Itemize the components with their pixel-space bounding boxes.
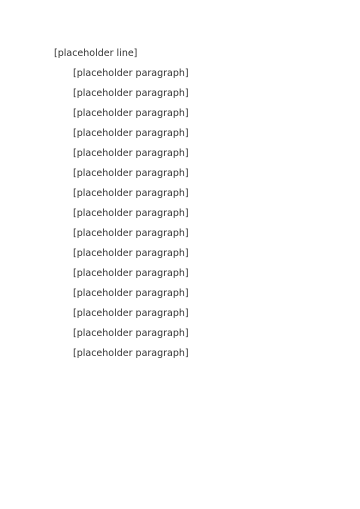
- paragraph: [placeholder paragraph]: [54, 264, 306, 284]
- paragraph: [placeholder paragraph]: [54, 284, 306, 304]
- paragraph: [placeholder paragraph]: [54, 244, 306, 264]
- paragraph: [placeholder paragraph]: [54, 344, 306, 364]
- paragraph: [placeholder paragraph]: [54, 224, 306, 244]
- paragraph: [placeholder paragraph]: [54, 124, 306, 144]
- paragraph: [placeholder paragraph]: [54, 324, 306, 344]
- paragraph: [placeholder paragraph]: [54, 104, 306, 124]
- paragraph: [placeholder paragraph]: [54, 84, 306, 104]
- paragraph: [placeholder paragraph]: [54, 164, 306, 184]
- paragraph: [placeholder paragraph]: [54, 184, 306, 204]
- paragraph: [placeholder line]: [54, 44, 306, 64]
- paragraph: [placeholder paragraph]: [54, 144, 306, 164]
- paragraph: [placeholder paragraph]: [54, 64, 306, 84]
- document-page: [placeholder line] [placeholder paragrap…: [54, 44, 306, 364]
- paragraph: [placeholder paragraph]: [54, 304, 306, 324]
- paragraph: [placeholder paragraph]: [54, 204, 306, 224]
